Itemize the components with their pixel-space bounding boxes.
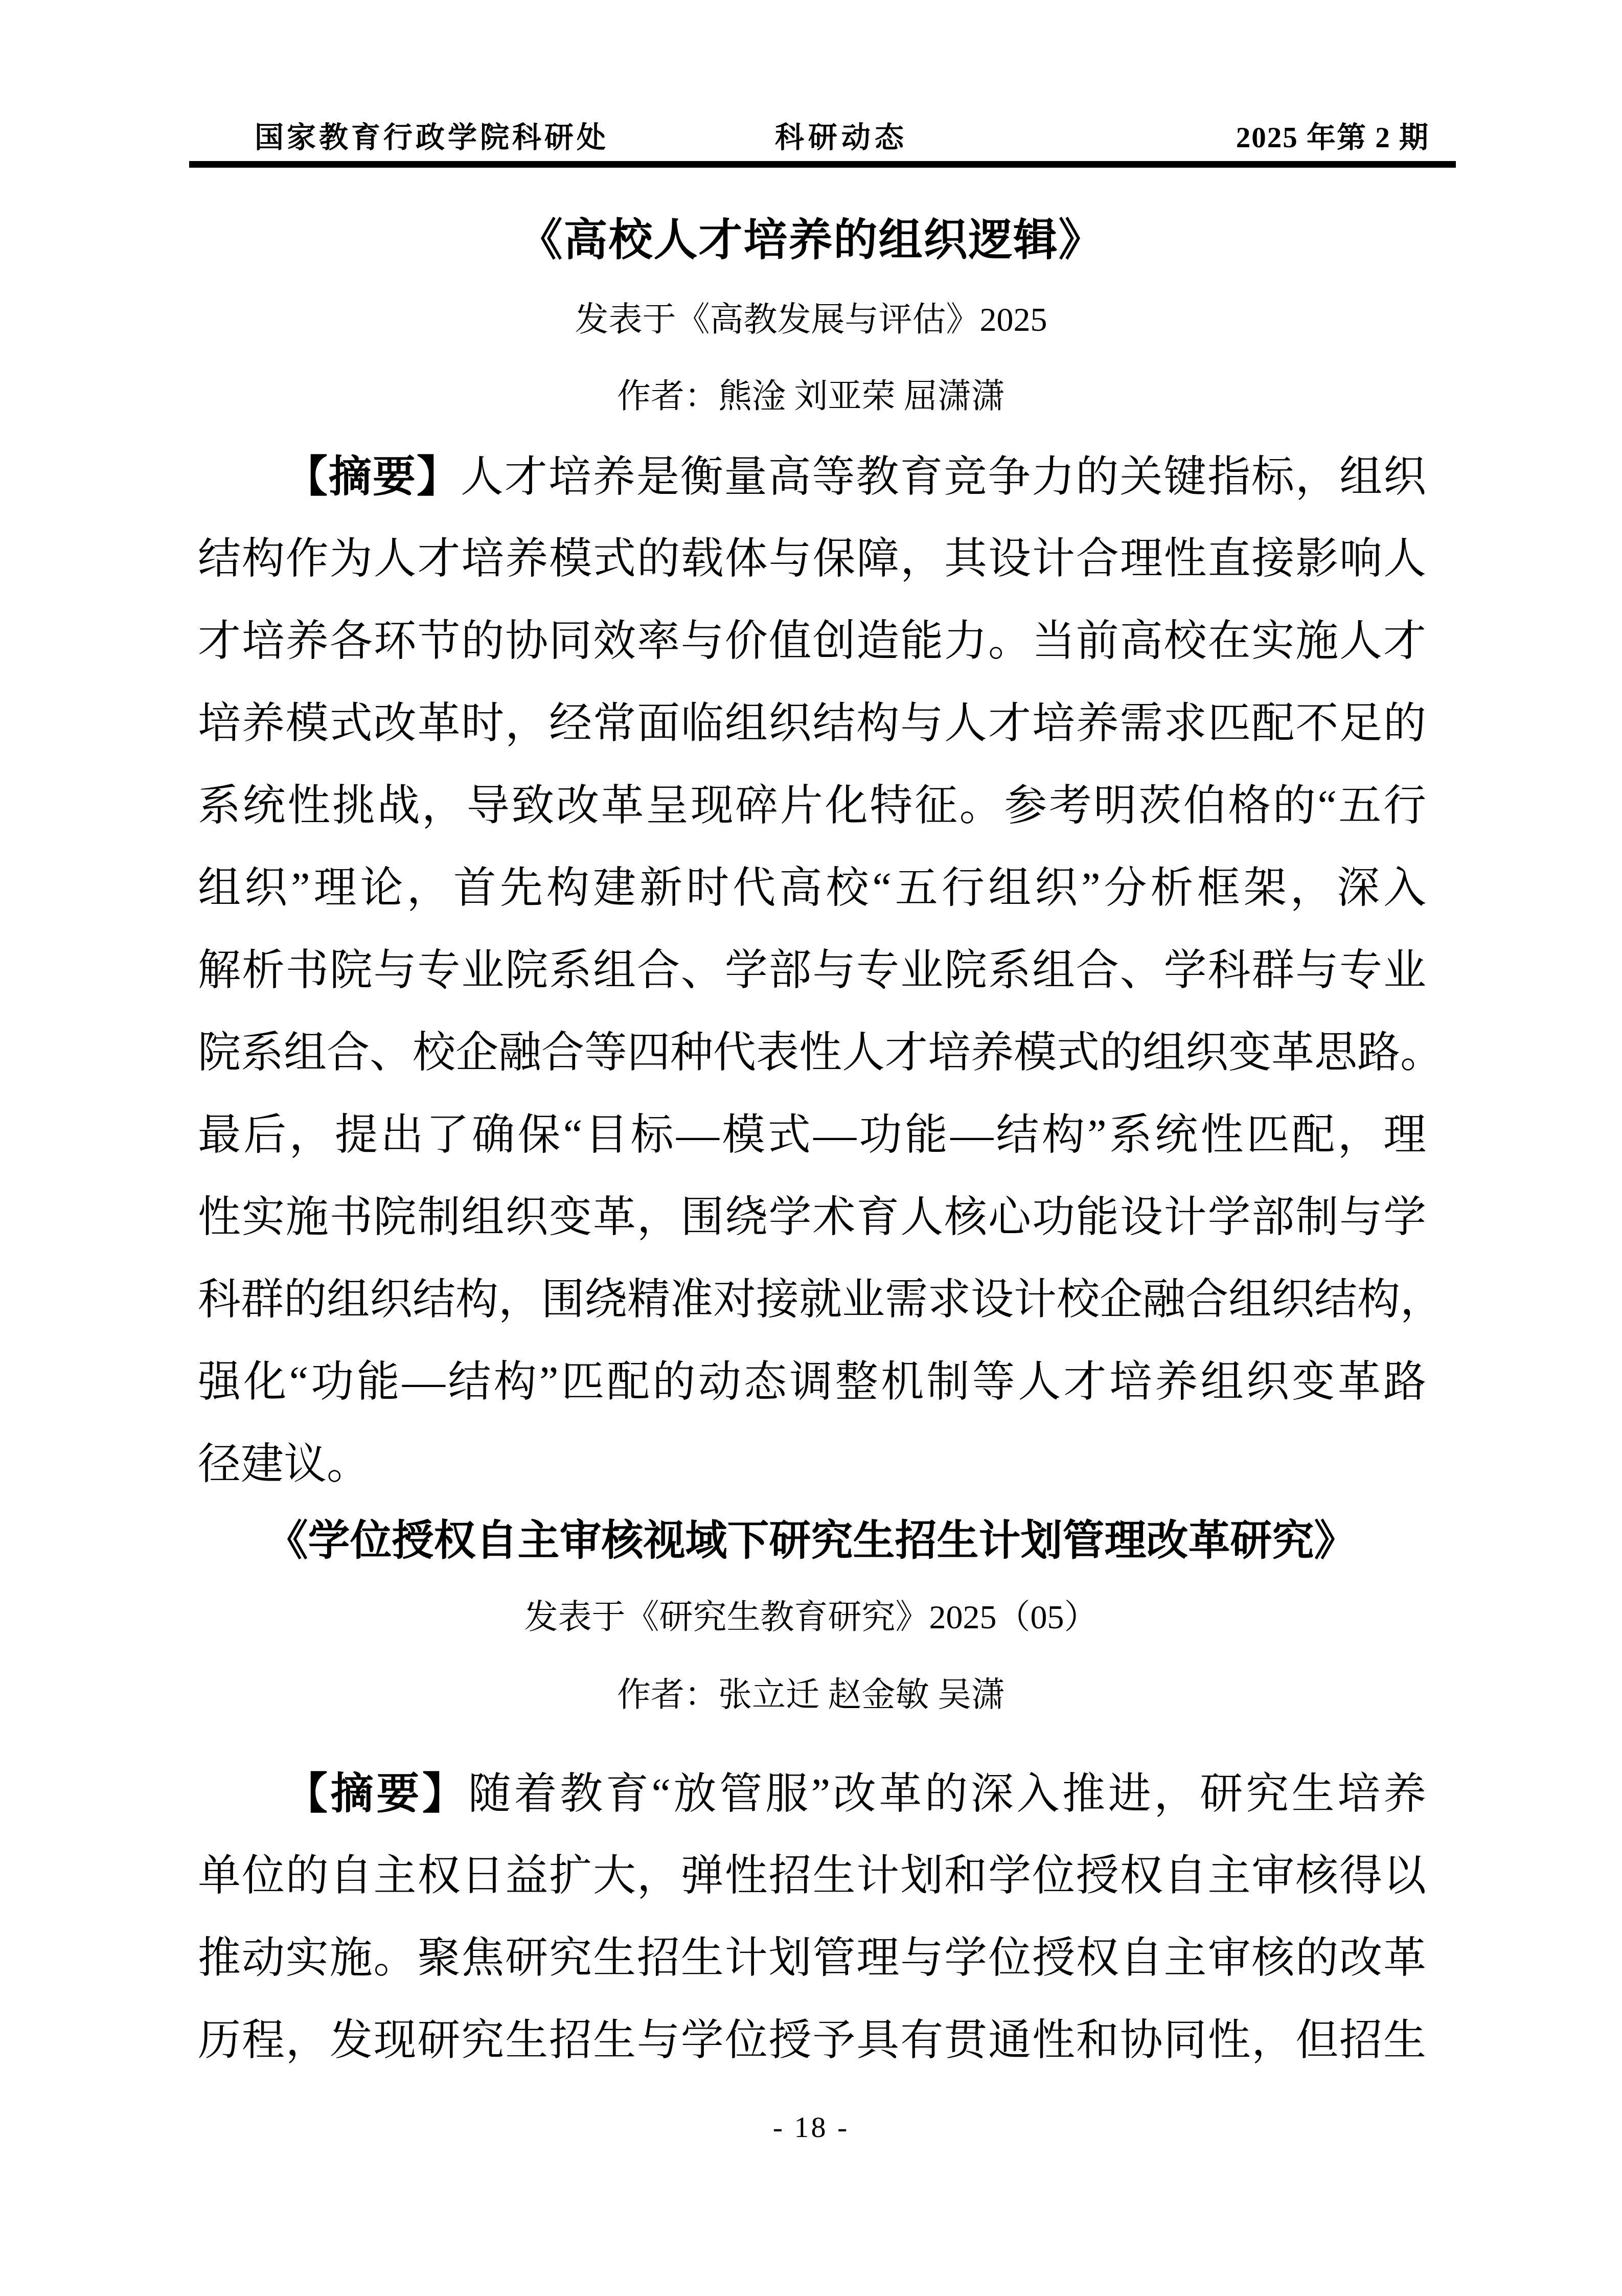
abstract-label: 【摘要】 (285, 452, 461, 501)
article2-authors: 作者：张立迁 赵金敏 吴潇 (0, 1675, 1622, 1716)
abstract-line: 解析书院与专业院系组合、学部与专业院系组合、学科群与专业 (198, 929, 1426, 1012)
header-department: 国家教育行政学院科研处 (255, 122, 609, 154)
abstract-line: 历程，发现研究生招生与学位授予具有贯通性和协同性，但招生 (198, 1999, 1426, 2082)
abstract-line: 系统性挑战，导致改革呈现碎片化特征。参考明茨伯格的“五行 (198, 765, 1426, 847)
abstract-line: 结构作为人才培养模式的载体与保障，其设计合理性直接影响人 (198, 518, 1426, 600)
abstract-line: 推动实施。聚焦研究生招生计划管理与学位授权自主审核的改革 (198, 1917, 1426, 1999)
header-bulletin-title: 科研动态 (775, 122, 908, 154)
abstract-line: 性实施书院制组织变革，围绕学术育人核心功能设计学部制与学 (198, 1176, 1426, 1259)
abstract-line: 才培养各环节的协同效率与价值创造能力。当前高校在实施人才 (198, 600, 1426, 683)
abstract-text: 随着教育“放管服”改革的深入推进，研究生培养 (468, 1770, 1426, 1818)
abstract-line: 径建议。 (198, 1423, 1426, 1506)
header-issue-number: 2025 年第 2 期 (1236, 122, 1429, 154)
abstract-label: 【摘要】 (285, 1769, 468, 1817)
header-divider-rule (189, 161, 1456, 168)
article1-title: 《高校人才培养的组织逻辑》 (0, 215, 1622, 266)
abstract-line: 院系组合、校企融合等四种代表性人才培养模式的组织变革思路。 (198, 1012, 1426, 1094)
abstract-line: 单位的自主权日益扩大，弹性招生计划和学位授权自主审核得以 (198, 1835, 1426, 1917)
abstract-line: 科群的组织结构，围绕精准对接就业需求设计校企融合组织结构， (198, 1259, 1426, 1341)
abstract-line: 【摘要】随着教育“放管服”改革的深入推进，研究生培养 (198, 1753, 1426, 1835)
article2-abstract: 【摘要】随着教育“放管服”改革的深入推进，研究生培养 单位的自主权日益扩大，弹性… (198, 1753, 1426, 2082)
abstract-line: 最后，提出了确保“目标—模式—功能—结构”系统性匹配，理 (198, 1094, 1426, 1176)
abstract-line: 强化“功能—结构”匹配的动态调整机制等人才培养组织变革路 (198, 1341, 1426, 1423)
article2-title: 《学位授权自主审核视域下研究生招生计划管理改革研究》 (0, 1514, 1622, 1567)
article1-abstract: 【摘要】人才培养是衡量高等教育竞争力的关键指标，组织 结构作为人才培养模式的载体… (198, 436, 1426, 1506)
abstract-text: 人才培养是衡量高等教育竞争力的关键指标，组织 (461, 453, 1426, 501)
article1-publication: 发表于《高教发展与评估》2025 (0, 300, 1622, 340)
abstract-line: 组织”理论，首先构建新时代高校“五行组织”分析框架，深入 (198, 847, 1426, 929)
document-page: 国家教育行政学院科研处 科研动态 2025 年第 2 期 《高校人才培养的组织逻… (0, 0, 1622, 2296)
abstract-line: 培养模式改革时，经常面临组织结构与人才培养需求匹配不足的 (198, 683, 1426, 765)
page-number: - 18 - (0, 2109, 1622, 2145)
abstract-line: 【摘要】人才培养是衡量高等教育竞争力的关键指标，组织 (198, 436, 1426, 518)
article1-authors: 作者：熊淦 刘亚荣 屈潇潇 (0, 376, 1622, 417)
article2-publication: 发表于《研究生教育研究》2025（05） (0, 1597, 1622, 1638)
